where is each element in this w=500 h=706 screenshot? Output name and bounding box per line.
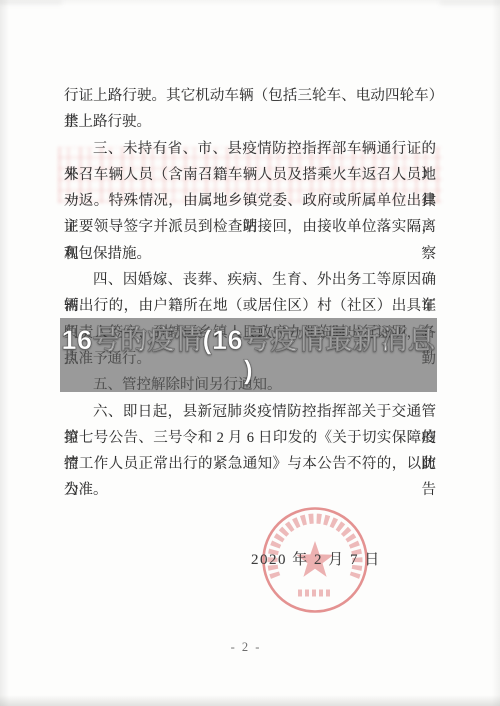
scan-edge-top [0,0,500,6]
document-date: 2020 年 2 月 7 日 [251,548,381,569]
scan-streak [0,0,62,5]
scan-edge-left [0,0,9,706]
scan-edge-right [492,0,500,706]
doc-line: 三、未持有省、市、县疫情防控指挥部车辆通行证的外地 [64,136,436,162]
headline-overlay-banner: 16号的疫情(16号疫情最新消息 ) [60,318,437,392]
scanned-notice-page: 行证上路行驶。其它机动车辆（包括三轮车、电动四轮车）禁 止上路行驶。 三、未持有… [0,0,500,706]
doc-line: 行证上路行驶。其它机动车辆（包括三轮车、电动四轮车）禁 [64,83,436,109]
headline-line1: 16号的疫情(16号疫情最新消息 [61,325,435,355]
doc-line: 止上路行驶。 [64,109,436,135]
doc-line: 主要领导签字并派员到检查站接回，由接收单位落实隔离观察 [64,214,436,240]
page-number: - 2 - [0,640,492,655]
doc-line: 来召车辆人员（含南召籍车辆人员及搭乘火车返召人员）一律 [64,162,436,188]
doc-line: 第七号公告、三号令和 2 月 6 日印发的《关于切实保障疫情防 [64,425,436,451]
doc-line: 控工作人员正常出行的紧急通知》与本公告不符的，以此公告 [64,451,436,477]
document-body: 行证上路行驶。其它机动车辆（包括三轮车、电动四轮车）禁 止上路行驶。 三、未持有… [64,83,436,504]
headline-line2: ) [244,355,254,385]
doc-line: 辆出行的，由户籍所在地（或居住区）村（社区）出具证明、 [64,293,436,319]
doc-line: 六、即日起，县新冠肺炎疫情防控指挥部关于交通管控的 [64,399,436,425]
doc-line: 劝返。特殊情况，由属地乡镇党委、政府或所属单位出具证明， [64,188,436,214]
scan-edge-bottom [0,695,500,706]
doc-line: 四、因婚嫁、丧葬、疾病、生育、外出务工等原因确需车 [64,267,436,293]
scan-streak [440,0,500,6]
